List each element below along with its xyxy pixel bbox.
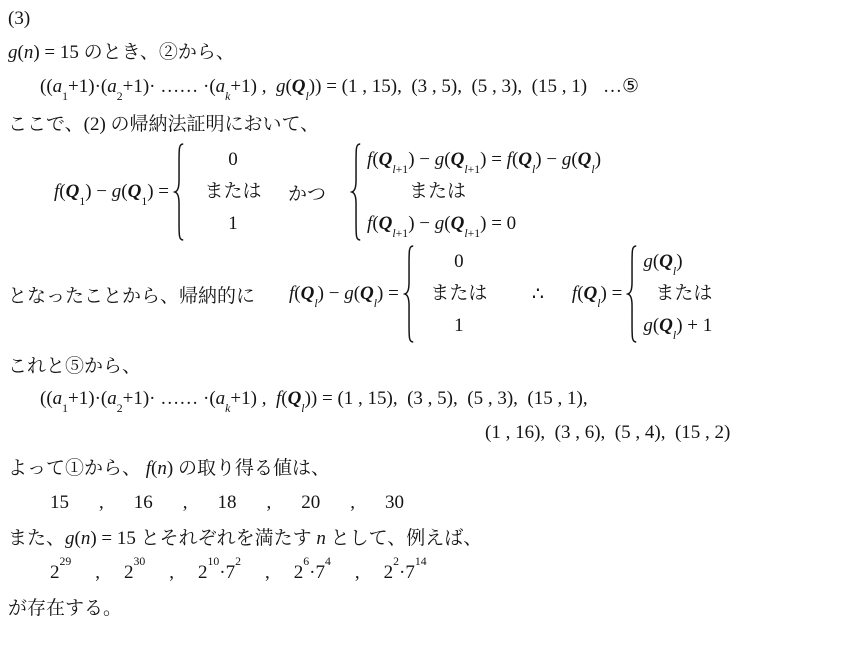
comma-separator: , — [350, 490, 355, 516]
case-line: または — [420, 278, 498, 310]
document-page: (3) g(n) = 15 のとき、②から、 ((a1+1)·(a2+1)· …… — [0, 0, 849, 622]
yotte-sentence: よって①から、 f(n) の取り得る値は、 — [8, 456, 849, 482]
value-item: 30 — [385, 490, 404, 516]
korei-sentence: これと⑤から、 — [8, 354, 849, 380]
example-item: 229 — [50, 560, 71, 586]
case-line: g(Ql) + 1 — [643, 310, 712, 342]
cases1-lhs: f(Q1) − g(Q1) = — [54, 181, 169, 203]
case-line: または — [655, 278, 712, 310]
case-line: f(Ql+1) − g(Ql+1) = f(Ql) − g(Ql) — [367, 144, 601, 176]
case-line: 0 — [190, 144, 276, 176]
comma-separator: , — [95, 560, 100, 586]
left-brace-icon — [173, 142, 186, 242]
example-item: 26·74 — [294, 560, 331, 586]
case-line: 0 — [420, 246, 498, 278]
left-brace-icon — [403, 244, 416, 344]
case-line: f(Ql+1) − g(Ql+1) = 0 — [367, 208, 601, 240]
comma-separator: , — [267, 490, 272, 516]
cases1-right-column: f(Ql+1) − g(Ql+1) = f(Ql) − g(Ql) または f(… — [367, 144, 601, 240]
example-item: 210·72 — [198, 560, 241, 586]
cases2-right-column: g(Ql) または g(Ql) + 1 — [643, 246, 712, 342]
cases1-left-column: 0 または 1 — [190, 144, 276, 240]
case-line: 1 — [420, 310, 498, 342]
case-line: 1 — [190, 208, 276, 240]
cases2-left-column: 0 または 1 — [420, 246, 498, 342]
case-line: g(Ql) — [643, 246, 712, 278]
outro-sentence: が存在する。 — [8, 596, 849, 622]
cases-block-2: となったことから、帰納的に f(Ql) − g(Ql) = 0 または 1 ∴ … — [8, 244, 849, 344]
koko-sentence: ここで、(2) の帰納法証明において、 — [8, 112, 849, 138]
cases-block-1: f(Q1) − g(Q1) = 0 または 1 かつ f(Ql+1) − g(Q… — [54, 142, 849, 242]
mata-sentence: また、g(n) = 15 とそれぞれを満たす n として、例えば、 — [8, 526, 849, 552]
left-brace-icon — [350, 142, 363, 242]
inductive-intro: となったことから、帰納的に — [8, 281, 255, 308]
equation-5-tag: …⑤ — [603, 74, 639, 100]
value-item: 20 — [301, 490, 320, 516]
value-item: 15 — [50, 490, 69, 516]
comma-separator: , — [99, 490, 104, 516]
intro-sentence: g(n) = 15 のとき、②から、 — [8, 40, 849, 66]
value-item: 18 — [218, 490, 237, 516]
equation-5-body: ((a1+1)·(a2+1)· …… ·(ak+1) , g(Ql)) = (1… — [40, 74, 587, 100]
cases2-lhs2: f(Ql) = — [572, 283, 622, 305]
example-item: 22·714 — [384, 560, 427, 586]
equation-f-line2: (1 , 16), (3 , 6), (5 , 4), (15 , 2) — [485, 420, 849, 446]
comma-separator: , — [265, 560, 270, 586]
therefore-symbol: ∴ — [532, 283, 544, 306]
equation-5-row: ((a1+1)·(a2+1)· …… ·(ak+1) , g(Ql)) = (1… — [40, 74, 849, 100]
equation-f-line1: ((a1+1)·(a2+1)· …… ·(ak+1) , f(Ql)) = (1… — [40, 386, 849, 412]
cases2-lhs: f(Ql) − g(Ql) = — [289, 283, 399, 305]
connector-katsu: かつ — [288, 179, 326, 206]
possible-values-row: 15 , 16 , 18 , 20 , 30 — [50, 490, 849, 516]
left-brace-icon — [626, 244, 639, 344]
case-line: または — [190, 176, 276, 208]
value-item: 16 — [134, 490, 153, 516]
comma-separator: , — [183, 490, 188, 516]
example-values-row: 229 , 230 , 210·72 , 26·74 , 22·714 — [50, 560, 849, 586]
example-item: 230 — [124, 560, 145, 586]
comma-separator: , — [355, 560, 360, 586]
case-line: または — [409, 176, 601, 208]
part-label: (3) — [8, 6, 849, 32]
comma-separator: , — [169, 560, 174, 586]
